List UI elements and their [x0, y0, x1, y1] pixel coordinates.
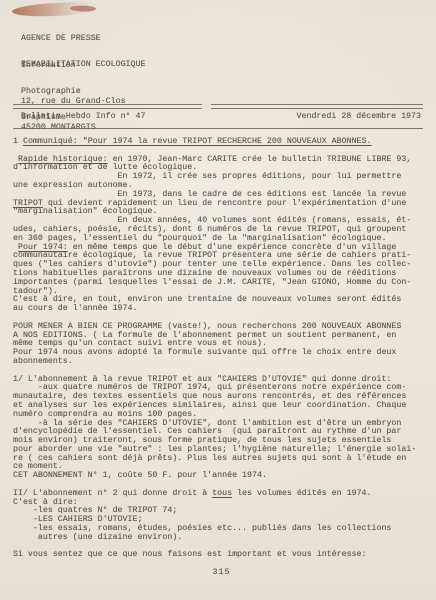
text-line: abonnements.: [13, 358, 430, 367]
text-segment: En deux années, 40 volumes sont édités (…: [13, 216, 411, 225]
text-segment: d'encyclopédie de l'essentiel. Ces cahie…: [13, 427, 401, 436]
text-segment: II/ L'abonnement n° 2 qui donne droit à: [13, 489, 212, 498]
text-segment: En 1973, dans le cadre de ces éditions e…: [13, 190, 406, 199]
text-segment: numéro comprendra au moins 100 pages.: [13, 410, 197, 419]
text-segment: -les essais, romans, études, poésies etc…: [13, 524, 391, 533]
text-segment: C'est à dire, en tout, environ une trent…: [13, 295, 401, 304]
text-line: au cours de l'année 1974.: [13, 305, 430, 314]
ink-stain: [12, 1, 101, 19]
text-line: Pour 1974 nous avons adopté la formule s…: [13, 349, 430, 358]
bulletin-body: 1 Communiqué: "Pour 1974 la revue TRIPOT…: [13, 138, 430, 578]
text-line: re ( ces cahiers sont déjà prêts). Plus …: [13, 455, 430, 464]
text-line: Si vous sentez que ce que nous faisons e…: [13, 551, 430, 560]
text-segment: re ( ces cahiers sont déjà prêts). Plus …: [13, 454, 406, 463]
text-segment: -aux quatre numéros de TRIPOT 1974, qui …: [13, 383, 406, 392]
text-segment: communautaire écologique, la revue TRIPO…: [13, 251, 411, 260]
masthead-rule-bottom: [13, 128, 423, 129]
text-segment: abonnements.: [13, 357, 73, 366]
underlined-text: tous: [212, 489, 232, 498]
bulletin-title: Bulletin Hebdo Info n° 47: [21, 113, 145, 122]
text-segment: une expression autonome.: [13, 181, 133, 190]
text-segment: importantes (parmi lesquelles l'essai de…: [13, 278, 411, 287]
text-segment: en 360 pages, l'essentiel du "pourquoi" …: [13, 234, 386, 243]
text-segment: Si vous sentez que ce que nous faisons e…: [13, 550, 367, 559]
text-segment: mois environ) traiteront, sous forme pra…: [13, 436, 391, 445]
bulletin-page: AGENCE DE PRESSE REHABILITATION ECOLOGIQ…: [0, 0, 436, 600]
text-segment: En 1972, il crée ses propres éditions, p…: [13, 172, 401, 181]
agency-name-line1: AGENCE DE PRESSE: [21, 35, 145, 44]
text-line: 1 Communiqué: "Pour 1974 la revue TRIPOT…: [13, 138, 430, 147]
text-segment: udes, cahiers, poésie, récits), dont 6 n…: [13, 225, 406, 234]
text-segment: POUR MENER A BIEN CE PROGRAMME (vaste!),…: [13, 322, 401, 331]
text-segment: CET ABONNEMENT N° 1, coûte 50 F. pour l'…: [13, 471, 267, 480]
text-segment: tions habituelles paraîtrons une dizaine…: [13, 269, 396, 278]
text-line: autres (une dizaine environ).: [13, 534, 430, 543]
text-segment: ques ("les cahiers d'utovie") pour tente…: [13, 260, 411, 269]
text-segment: les volumes édités en 1974.: [232, 489, 371, 498]
text-segment: même temps qu'un contact suivi entre vou…: [13, 339, 267, 348]
masthead-row: Bulletin Hebdo Info n° 47 Vendredi 28 dé…: [21, 113, 421, 122]
masthead-rule-top: [13, 104, 423, 109]
text-segment: -LES CAHIERS D'UTOVIE;: [13, 515, 142, 524]
bulletin-date: Vendredi 28 décembre 1973: [297, 113, 421, 122]
text-line: CET ABONNEMENT N° 1, coûte 50 F. pour l'…: [13, 472, 430, 481]
text-segment: Pour 1974 nous avons adopté la formule s…: [13, 348, 396, 357]
text-segment: autres (une dizaine environ).: [13, 533, 182, 542]
text-line: importantes (parmi lesquelles l'essai de…: [13, 279, 430, 288]
underlined-text: Communiqué: "Pour 1974 la revue TRIPOT R…: [23, 137, 372, 146]
text-segment: et analyses sur les expériences similair…: [13, 401, 406, 410]
page-number: 315: [13, 569, 430, 578]
text-segment: munautaire, des textes essentiels que no…: [13, 392, 406, 401]
text-segment: pour aborder une vie "autre" : les plant…: [13, 445, 416, 454]
text-segment: 1: [13, 137, 23, 146]
text-segment: au cours de l'année 1974.: [13, 304, 137, 313]
service-item: Information: [21, 62, 81, 71]
